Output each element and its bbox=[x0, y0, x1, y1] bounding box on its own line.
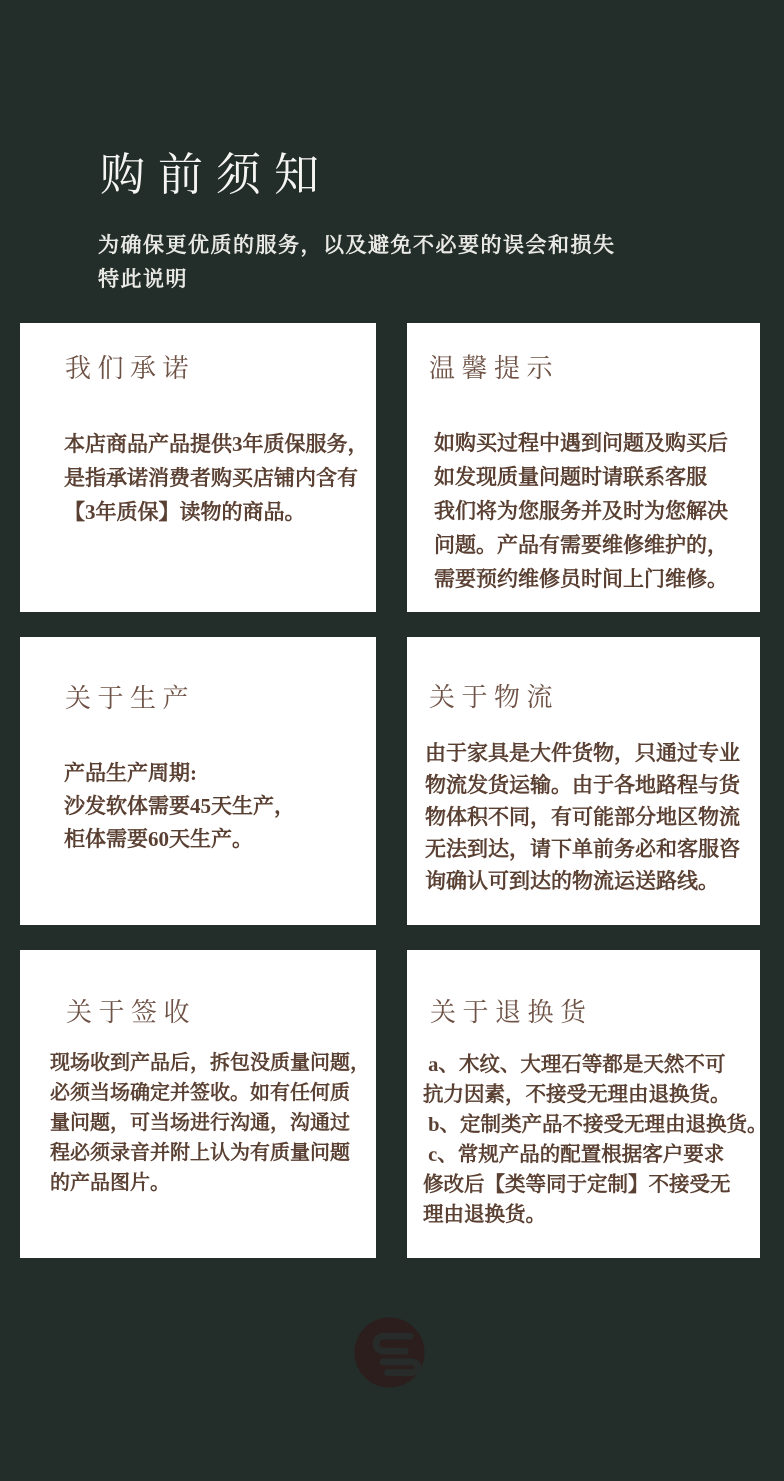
card-about-returns: 关于退换货 a、木纹、大理石等都是天然不可 抗力因素，不接受无理由退换货。 b、… bbox=[407, 950, 760, 1258]
card-warm-tips-body: 如购买过程中遇到问题及购买后 如发现质量问题时请联系客服 我们将为您服务并及时为… bbox=[434, 426, 760, 596]
card-about-receipt: 关于签收 现场收到产品后，拆包没质量问题， 必须当场确定并签收。如有任何质 量问… bbox=[20, 950, 376, 1258]
card-about-logistics-title: 关于物流 bbox=[429, 680, 760, 716]
card-about-production-title: 关于生产 bbox=[65, 681, 376, 717]
card-about-production-body: 产品生产周期: 沙发软体需要45天生产， 柜体需要60天生产。 bbox=[64, 757, 376, 856]
card-warm-tips-title: 温馨提示 bbox=[429, 351, 760, 387]
page-title: 购前须知 bbox=[100, 153, 332, 198]
brand-monogram-icon bbox=[354, 1317, 425, 1388]
pre-purchase-notice-section: 购前须知 为确保更优质的服务，以及避免不必要的误会和损失 特此说明 我们承诺 本… bbox=[0, 0, 784, 1481]
subtitle-line-2: 特此说明 bbox=[98, 262, 616, 296]
card-about-production: 关于生产 产品生产周期: 沙发软体需要45天生产， 柜体需要60天生产。 bbox=[20, 637, 376, 925]
card-about-logistics-body: 由于家具是大件货物，只通过专业 物流发货运输。由于各地路程与货 物体积不同，有可… bbox=[425, 737, 760, 897]
page-subtitle: 为确保更优质的服务，以及避免不必要的误会和损失 特此说明 bbox=[98, 228, 616, 296]
subtitle-line-1: 为确保更优质的服务，以及避免不必要的误会和损失 bbox=[98, 228, 616, 262]
card-about-logistics: 关于物流 由于家具是大件货物，只通过专业 物流发货运输。由于各地路程与货 物体积… bbox=[407, 637, 760, 925]
card-about-returns-body: a、木纹、大理石等都是天然不可 抗力因素，不接受无理由退换货。 b、定制类产品不… bbox=[423, 1050, 760, 1230]
card-our-promise-title: 我们承诺 bbox=[65, 351, 376, 387]
card-about-returns-title: 关于退换货 bbox=[430, 995, 760, 1031]
card-warm-tips: 温馨提示 如购买过程中遇到问题及购买后 如发现质量问题时请联系客服 我们将为您服… bbox=[407, 323, 760, 612]
card-about-receipt-title: 关于签收 bbox=[66, 995, 376, 1031]
card-our-promise: 我们承诺 本店商品产品提供3年质保服务， 是指承诺消费者购买店铺内含有 【3年质… bbox=[20, 323, 376, 612]
card-about-receipt-body: 现场收到产品后，拆包没质量问题， 必须当场确定并签收。如有任何质 量问题，可当场… bbox=[50, 1048, 376, 1198]
card-our-promise-body: 本店商品产品提供3年质保服务， 是指承诺消费者购买店铺内含有 【3年质保】读物的… bbox=[64, 427, 376, 529]
